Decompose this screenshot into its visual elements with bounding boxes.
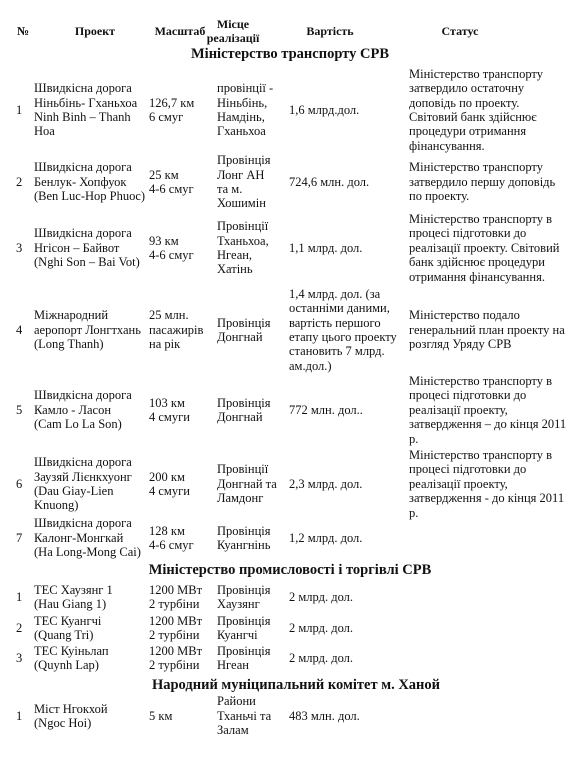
cell-status	[409, 582, 579, 612]
table-row: 2Швидкісна дорога Бенлук- Хопфуок (Ben L…	[0, 152, 580, 212]
cell-project: Швидкісна дорога Камло - Ласон (Cam Lo L…	[34, 372, 149, 448]
num-text: 2	[16, 175, 22, 190]
cell-cost: 2 млрд. дол.	[289, 582, 409, 612]
cell-num: 3	[16, 643, 30, 673]
cell-status	[409, 613, 579, 643]
cell-num: 7	[16, 518, 30, 558]
cell-num: 1	[16, 694, 30, 738]
cell-num: 1	[16, 582, 30, 612]
cell-num: 4	[16, 284, 30, 376]
cell-status: Міністерство транспорту в процесі підгот…	[409, 212, 579, 284]
table-row: 3Швидкісна дорога Нгісон – Байвот (Nghi …	[0, 212, 580, 284]
cell-scale: 1200 МВт 2 турбіни	[149, 613, 217, 643]
scale-text: 128 км 4-6 смуг	[149, 524, 194, 553]
cell-status: Міністерство транспорту в процесі підгот…	[409, 448, 579, 520]
scale-text: 200 км 4 смуги	[149, 470, 190, 499]
header-place: Місце реалізації	[200, 17, 266, 45]
num-text: 1	[16, 590, 22, 605]
status-text: Міністерство подало генеральний план про…	[409, 308, 565, 351]
cell-project: Швидкісна дорога Заузяй Лієнкхуонг (Dau …	[34, 448, 149, 520]
table-row: 1Швидкісна дорога Ніньбінь- Гханьхоа Nin…	[0, 66, 580, 154]
cell-status	[409, 694, 579, 738]
cell-cost: 724,6 млн. дол.	[289, 152, 409, 212]
place-text: Провінція Хаузянг	[217, 583, 271, 612]
cost-text: 483 млн. дол.	[289, 709, 360, 723]
cell-status: Міністерство транспорту в процесі підгот…	[409, 372, 579, 448]
cell-scale: 1200 МВт 2 турбіни	[149, 643, 217, 673]
scale-text: 1200 МВт 2 турбіни	[149, 614, 202, 643]
table-row: 3ТЕС Куіньлап (Quynh Lap)1200 МВт 2 турб…	[0, 643, 580, 673]
cell-num: 1	[16, 66, 30, 154]
cell-place: Провінція Куангчі	[217, 613, 289, 643]
cost-text: 1,2 млрд. дол.	[289, 531, 362, 545]
cell-project: Швидкісна дорога Бенлук- Хопфуок (Ben Lu…	[34, 152, 149, 212]
header-project: Проект	[60, 24, 130, 38]
cost-text: 772 млн. дол..	[289, 403, 363, 417]
cell-scale: 126,7 км 6 смуг	[149, 66, 217, 154]
project-text: Швидкісна дорога Калонг-Монгкай (Ha Long…	[34, 516, 141, 559]
status-text: Міністерство транспорту в процесі підгот…	[409, 212, 559, 284]
cell-place: Провінція Нгеан	[217, 643, 289, 673]
section-title-transport: Міністерство транспорту СРВ	[0, 46, 580, 62]
cell-cost: 2 млрд. дол.	[289, 613, 409, 643]
cell-status: Міністерство транспорту затвердило першу…	[409, 152, 579, 212]
cell-scale: 128 км 4-6 смуг	[149, 518, 217, 558]
cell-cost: 772 млн. дол..	[289, 372, 409, 448]
scale-text: 93 км 4-6 смуг	[149, 234, 194, 263]
num-text: 3	[16, 651, 22, 666]
cell-num: 5	[16, 372, 30, 448]
cell-place: Провінція Донгнай	[217, 284, 289, 376]
cell-cost: 1,4 млрд. дол. (за останніми даними, вар…	[289, 284, 409, 376]
scale-text: 25 млн. пасажирів на рік	[149, 308, 203, 351]
project-text: Швидкісна дорога Камло - Ласон (Cam Lo L…	[34, 388, 132, 431]
scale-text: 1200 МВт 2 турбіни	[149, 644, 202, 673]
cell-num: 3	[16, 212, 30, 284]
project-text: Швидкісна дорога Бенлук- Хопфуок (Ben Lu…	[34, 160, 145, 203]
table-row: 1ТЕС Хаузянг 1 (Hau Giang 1)1200 МВт 2 т…	[0, 582, 580, 612]
table-row: 1Міст Нгокхой (Ngoc Hoi)5 кмРайони Тхань…	[0, 694, 580, 738]
scale-text: 5 км	[149, 709, 172, 723]
num-text: 1	[16, 103, 22, 118]
cell-cost: 1,2 млрд. дол.	[289, 518, 409, 558]
project-text: Швидкісна дорога Ніньбінь- Гханьхоа Ninh…	[34, 81, 137, 139]
cost-text: 2 млрд. дол.	[289, 590, 353, 604]
num-text: 1	[16, 709, 22, 724]
status-text: Міністерство транспорту затвердило першу…	[409, 160, 555, 203]
cell-status: Міністерство подало генеральний план про…	[409, 284, 579, 376]
header-num: №	[14, 24, 32, 38]
section-title-industry: Міністерство промисловості і торгівлі СР…	[0, 562, 580, 578]
project-text: ТЕС Куангчі (Quang Tri)	[34, 614, 101, 643]
cell-project: Швидкісна дорога Калонг-Монгкай (Ha Long…	[34, 518, 149, 558]
table-row: 2ТЕС Куангчі (Quang Tri)1200 МВт 2 турбі…	[0, 613, 580, 643]
header-cost: Вартість	[290, 24, 370, 38]
cell-cost: 1,1 млрд. дол.	[289, 212, 409, 284]
place-text: Провінція Куангчі	[217, 614, 271, 643]
cost-text: 1,4 млрд. дол. (за останніми даними, вар…	[289, 287, 397, 373]
cell-scale: 200 км 4 смуги	[149, 448, 217, 520]
cell-project: ТЕС Куангчі (Quang Tri)	[34, 613, 149, 643]
status-text: Міністерство транспорту затвердило остат…	[409, 67, 543, 153]
cell-cost: 2 млрд. дол.	[289, 643, 409, 673]
place-text: Провінції Тханьхоа, Нгеан, Хатінь	[217, 219, 269, 277]
cell-place: Провінція Хаузянг	[217, 582, 289, 612]
section-title-hanoi: Народний муніципальний комітет м. Ханой	[0, 677, 580, 693]
scale-text: 103 км 4 смуги	[149, 396, 190, 425]
place-text: Провінція Донгнай	[217, 316, 271, 345]
cost-text: 1,1 млрд. дол.	[289, 241, 362, 255]
project-text: Міст Нгокхой (Ngoc Hoi)	[34, 702, 108, 731]
cost-text: 724,6 млн. дол.	[289, 175, 369, 189]
project-text: ТЕС Куіньлап (Quynh Lap)	[34, 644, 109, 673]
cell-place: Провінції Донгнай та Ламдонг	[217, 448, 289, 520]
cell-scale: 1200 МВт 2 турбіни	[149, 582, 217, 612]
cell-num: 2	[16, 613, 30, 643]
cell-place: провінції - Ніньбінь, Намдінь, Гханьхоа	[217, 66, 289, 154]
cell-place: Провінція Донгнай	[217, 372, 289, 448]
cost-text: 1,6 млрд.дол.	[289, 103, 359, 117]
place-text: Провінція Нгеан	[217, 644, 271, 673]
cell-scale: 93 км 4-6 смуг	[149, 212, 217, 284]
num-text: 4	[16, 323, 22, 338]
project-text: Швидкісна дорога Заузяй Лієнкхуонг (Dau …	[34, 455, 132, 513]
cell-scale: 25 км 4-6 смуг	[149, 152, 217, 212]
cell-status	[409, 518, 579, 558]
cell-project: Міст Нгокхой (Ngoc Hoi)	[34, 694, 149, 738]
place-text: Провінція Куангнінь	[217, 524, 271, 553]
cost-text: 2 млрд. дол.	[289, 621, 353, 635]
cell-cost: 1,6 млрд.дол.	[289, 66, 409, 154]
scale-text: 25 км 4-6 смуг	[149, 168, 194, 197]
cell-scale: 5 км	[149, 694, 217, 738]
cell-project: ТЕС Хаузянг 1 (Hau Giang 1)	[34, 582, 149, 612]
num-text: 7	[16, 531, 22, 546]
cost-text: 2 млрд. дол.	[289, 651, 353, 665]
scale-text: 1200 МВт 2 турбіни	[149, 583, 202, 612]
place-text: Провінції Донгнай та Ламдонг	[217, 462, 277, 505]
cell-place: Провінції Тханьхоа, Нгеан, Хатінь	[217, 212, 289, 284]
cell-project: Швидкісна дорога Нгісон – Байвот (Nghi S…	[34, 212, 149, 284]
place-text: Провінція Донгнай	[217, 396, 271, 425]
scale-text: 126,7 км 6 смуг	[149, 96, 194, 125]
status-text: Міністерство транспорту в процесі підгот…	[409, 374, 566, 446]
place-text: Провінція Лонг АН та м. Хошимін	[217, 153, 271, 211]
project-text: ТЕС Хаузянг 1 (Hau Giang 1)	[34, 583, 113, 612]
cell-project: Швидкісна дорога Ніньбінь- Гханьхоа Ninh…	[34, 66, 149, 154]
project-text: Швидкісна дорога Нгісон – Байвот (Nghi S…	[34, 226, 140, 269]
cost-text: 2,3 млрд. дол.	[289, 477, 362, 491]
cell-cost: 2,3 млрд. дол.	[289, 448, 409, 520]
cell-num: 6	[16, 448, 30, 520]
cell-cost: 483 млн. дол.	[289, 694, 409, 738]
cell-project: ТЕС Куіньлап (Quynh Lap)	[34, 643, 149, 673]
cell-status	[409, 643, 579, 673]
header-status: Статус	[410, 24, 510, 38]
cell-place: Райони Тханьчі та Залам	[217, 694, 289, 738]
num-text: 3	[16, 241, 22, 256]
cell-place: Провінція Куангнінь	[217, 518, 289, 558]
num-text: 2	[16, 621, 22, 636]
cell-scale: 25 млн. пасажирів на рік	[149, 284, 217, 376]
table-row: 5Швидкісна дорога Камло - Ласон (Cam Lo …	[0, 372, 580, 448]
project-text: Міжнародний аеропорт Лонгтхань (Long Tha…	[34, 308, 141, 351]
cell-place: Провінція Лонг АН та м. Хошимін	[217, 152, 289, 212]
num-text: 5	[16, 403, 22, 418]
status-text: Міністерство транспорту в процесі підгот…	[409, 448, 564, 520]
num-text: 6	[16, 477, 22, 492]
cell-num: 2	[16, 152, 30, 212]
place-text: Райони Тханьчі та Залам	[217, 694, 271, 737]
place-text: провінції - Ніньбінь, Намдінь, Гханьхоа	[217, 81, 273, 139]
table-row: 6Швидкісна дорога Заузяй Лієнкхуонг (Dau…	[0, 448, 580, 520]
table-row: 7Швидкісна дорога Калонг-Монгкай (Ha Lon…	[0, 518, 580, 558]
cell-project: Міжнародний аеропорт Лонгтхань (Long Tha…	[34, 284, 149, 376]
cell-scale: 103 км 4 смуги	[149, 372, 217, 448]
cell-status: Міністерство транспорту затвердило остат…	[409, 66, 579, 154]
table-row: 4Міжнародний аеропорт Лонгтхань (Long Th…	[0, 284, 580, 376]
